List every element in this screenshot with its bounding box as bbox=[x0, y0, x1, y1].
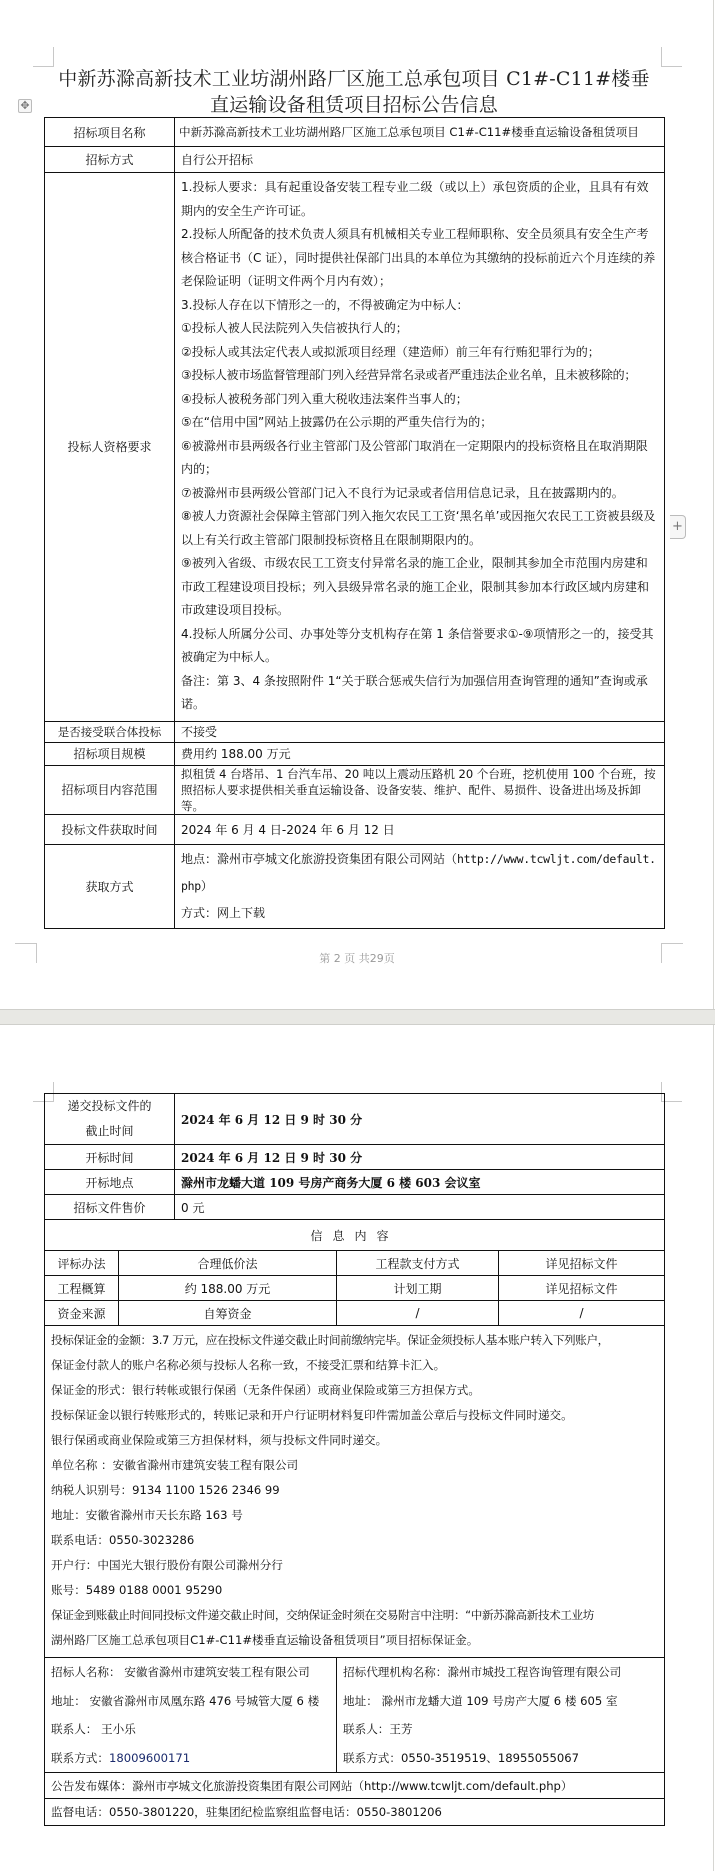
table-row: 资金来源 自筹资金 / / bbox=[45, 1301, 665, 1326]
consortium-label: 是否接受联合体投标 bbox=[45, 721, 175, 742]
duration-value: 详见招标文件 bbox=[499, 1276, 665, 1301]
table-row: 递交投标文件的 截止时间 2024 年 6 月 12 日 9 时 30 分 bbox=[45, 1094, 665, 1145]
tenderer-info: 招标人名称： 安徽省滁州市建筑安装工程有限公司 地址： 安徽省滁州市凤凰东路 4… bbox=[45, 1658, 337, 1773]
fund-source-value: 自筹资金 bbox=[119, 1301, 337, 1326]
qualification-label: 投标人资格要求 bbox=[45, 173, 175, 722]
tender-schedule-table: 递交投标文件的 截止时间 2024 年 6 月 12 日 9 时 30 分 开标… bbox=[44, 1093, 665, 1826]
page-number: 第 2 页 共29页 bbox=[0, 950, 714, 966]
deadline-label-line2: 截止时间 bbox=[47, 1119, 172, 1144]
location-suffix: ） bbox=[201, 879, 213, 893]
qualification-item: ⑨被列入省级、市级农民工工资支付异常名录的施工企业，限制其参加全市范围内房建和市… bbox=[181, 552, 658, 623]
document-page-1: 中新苏滁高新技术工业坊湖州路厂区施工总承包项目 C1#-C11#楼垂 直运输设备… bbox=[0, 0, 714, 1009]
tenderer-address: 地址： 安徽省滁州市凤凰东路 476 号城管大厦 6 楼 bbox=[51, 1687, 330, 1716]
table-row: 监督电话：0550-3801220，驻集团纪检监察组监督电话：0550-3801… bbox=[45, 1799, 665, 1826]
margin-corner-mark bbox=[33, 47, 54, 67]
deposit-line: 保证金付款人的账户名称必须与投标人名称一致，不接受汇票和结算卡汇入。 bbox=[51, 1353, 658, 1378]
bid-deposit-section: 投标保证金的金额：3.7 万元，应在投标文件递交截止时间前缴纳完毕。保证金须投标… bbox=[45, 1326, 665, 1658]
tender-method-label: 招标方式 bbox=[45, 147, 175, 173]
scale-value: 费用约 188.00 万元 bbox=[175, 742, 665, 765]
qualification-item: 1.投标人要求：具有起重设备安装工程专业二级（或以上）承包资质的企业，且具有有效… bbox=[181, 176, 658, 223]
consortium-value: 不接受 bbox=[175, 721, 665, 742]
deposit-line: 投标保证金以银行转账形式的，转账记录和开户行证明材料复印件需加盖公章后与投标文件… bbox=[51, 1403, 658, 1428]
supervision-phone: 监督电话：0550-3801220，驻集团纪检监察组监督电话：0550-3801… bbox=[45, 1799, 665, 1826]
tenderer-contact: 联系人： 王小乐 bbox=[51, 1715, 330, 1744]
info-content-header: 信息内容 bbox=[45, 1220, 665, 1251]
price-value: 0 元 bbox=[175, 1195, 665, 1220]
table-row: 招标项目规模 费用约 188.00 万元 bbox=[45, 742, 665, 765]
agent-contact: 联系人：王芳 bbox=[343, 1715, 658, 1744]
budget-label: 工程概算 bbox=[45, 1276, 119, 1301]
project-name-value: 中新苏滁高新技术工业坊湖州路厂区施工总承包项目 C1#-C11#楼垂直运输设备租… bbox=[175, 118, 665, 147]
agent-name: 招标代理机构名称：滁州市城投工程咨询管理有限公司 bbox=[343, 1658, 658, 1687]
table-row: 工程概算 约 188.00 万元 计划工期 详见招标文件 bbox=[45, 1276, 665, 1301]
eval-method-label: 评标办法 bbox=[45, 1251, 119, 1276]
table-row: 信息内容 bbox=[45, 1220, 665, 1251]
publish-media: 公告发布媒体：滁州市亭城文化旅游投资集团有限公司网站（http://www.tc… bbox=[45, 1773, 665, 1799]
table-move-handle-icon[interactable]: ✥ bbox=[18, 99, 32, 113]
table-row: 获取方式 地点：滁州市亭城文化旅游投资集团有限公司网站（http://www.t… bbox=[45, 844, 665, 928]
deposit-line: 银行保函或商业保险或第三方担保材料，须与投标文件同时递交。 bbox=[51, 1428, 658, 1453]
deposit-bank: 开户行：中国光大银行股份有限公司滁州分行 bbox=[51, 1553, 658, 1578]
eval-method-value: 合理低价法 bbox=[119, 1251, 337, 1276]
tenderer-phone-label: 联系方式： bbox=[51, 1751, 109, 1765]
page-separator bbox=[0, 1009, 715, 1025]
qualification-item: ⑦被滁州市县两级公管部门记入不良行为记录或者信用信息记录，且在披露期内的。 bbox=[181, 482, 658, 506]
table-row: 招标项目名称 中新苏滁高新技术工业坊湖州路厂区施工总承包项目 C1#-C11#楼… bbox=[45, 118, 665, 147]
location-text: 地点：滁州市亭城文化旅游投资集团有限公司网站（ bbox=[181, 852, 457, 866]
fund-source-extra-1: / bbox=[337, 1301, 499, 1326]
table-row: 评标办法 合理低价法 工程款支付方式 详见招标文件 bbox=[45, 1251, 665, 1276]
table-row: 招标人名称： 安徽省滁州市建筑安装工程有限公司 地址： 安徽省滁州市凤凰东路 4… bbox=[45, 1658, 665, 1773]
price-label: 招标文件售价 bbox=[45, 1195, 175, 1220]
tenderer-phone-number: 18009600171 bbox=[109, 1751, 190, 1765]
qualification-item: 2.投标人所配备的技术负责人须具有机械相关专业工程师职称、安全员须具有安全生产考… bbox=[181, 223, 658, 294]
deposit-address: 地址：安徽省滁州市天长东路 163 号 bbox=[51, 1503, 658, 1528]
obtain-method-text: 方式：网上下载 bbox=[181, 900, 658, 927]
deadline-value: 2024 年 6 月 12 日 9 时 30 分 bbox=[175, 1094, 665, 1145]
deposit-line: 保证金的形式：银行转帐或银行保函（无条件保函）或商业保险或第三方担保方式。 bbox=[51, 1378, 658, 1403]
qualification-item: ④投标人被税务部门列入重大税收违法案件当事人的； bbox=[181, 388, 658, 412]
scope-value: 拟租赁 4 台塔吊、1 台汽车吊、20 吨以上震动压路机 20 个台班，挖机使用… bbox=[175, 765, 665, 814]
budget-value: 约 188.00 万元 bbox=[119, 1276, 337, 1301]
table-row: 招标项目内容范围 拟租赁 4 台塔吊、1 台汽车吊、20 吨以上震动压路机 20… bbox=[45, 765, 665, 814]
tenderer-phone: 联系方式：18009600171 bbox=[51, 1744, 330, 1773]
table-row: 投标保证金的金额：3.7 万元，应在投标文件递交截止时间前缴纳完毕。保证金须投标… bbox=[45, 1326, 665, 1658]
qualification-item: 4.投标人所属分公司、办事处等分支机构存在第 1 条信誉要求①-⑨项情形之一的，… bbox=[181, 623, 658, 670]
obtain-location: 地点：滁州市亭城文化旅游投资集团有限公司网站（http://www.tcwljt… bbox=[181, 846, 658, 900]
table-row: 开标地点 滁州市龙蟠大道 109 号房产商务大厦 6 楼 603 会议室 bbox=[45, 1170, 665, 1195]
obtain-time-value: 2024 年 6 月 4 日-2024 年 6 月 12 日 bbox=[175, 814, 665, 844]
deadline-label: 递交投标文件的 截止时间 bbox=[45, 1094, 175, 1145]
tenderer-name: 招标人名称： 安徽省滁州市建筑安装工程有限公司 bbox=[51, 1658, 330, 1687]
qualification-item: ⑧被人力资源社会保障主管部门列入拖欠农民工工资‘黑名单’或因拖欠农民工工资被县级… bbox=[181, 505, 658, 552]
open-time-value: 2024 年 6 月 12 日 9 时 30 分 bbox=[175, 1145, 665, 1170]
obtain-method-label: 获取方式 bbox=[45, 844, 175, 928]
table-row: 投标文件获取时间 2024 年 6 月 4 日-2024 年 6 月 12 日 bbox=[45, 814, 665, 844]
agent-address: 地址： 滁州市龙蟠大道 109 号房产大厦 6 楼 605 室 bbox=[343, 1687, 658, 1716]
qualification-item: ①投标人被人民法院列入失信被执行人的； bbox=[181, 317, 658, 341]
deposit-line: 湖州路厂区施工总承包项目C1#-C11#楼垂直运输设备租赁项目”项目招标保证金。 bbox=[51, 1628, 658, 1653]
table-row: 开标时间 2024 年 6 月 12 日 9 时 30 分 bbox=[45, 1145, 665, 1170]
title-line-1: 中新苏滁高新技术工业坊湖州路厂区施工总承包项目 C1#-C11#楼垂 bbox=[44, 66, 664, 92]
project-name-label: 招标项目名称 bbox=[45, 118, 175, 147]
fund-source-label: 资金来源 bbox=[45, 1301, 119, 1326]
qualification-item: 3.投标人存在以下情形之一的，不得被确定为中标人： bbox=[181, 294, 658, 318]
table-row: 招标方式 自行公开招标 bbox=[45, 147, 665, 173]
deposit-line: 投标保证金的金额：3.7 万元，应在投标文件递交截止时间前缴纳完毕。保证金须投标… bbox=[51, 1328, 658, 1353]
open-place-label: 开标地点 bbox=[45, 1170, 175, 1195]
margin-corner-mark bbox=[661, 47, 682, 67]
duration-label: 计划工期 bbox=[337, 1276, 499, 1301]
table-row: 招标文件售价 0 元 bbox=[45, 1195, 665, 1220]
deposit-line: 保证金到账截止时间同投标文件递交截止时间，交纳保证金时须在交易附言中注明：“中新… bbox=[51, 1603, 658, 1628]
title-line-2: 直运输设备租赁项目招标公告信息 bbox=[44, 92, 664, 118]
agent-phone: 联系方式：0550-3519519、18955055067 bbox=[343, 1744, 658, 1773]
qualification-item: ②投标人或其法定代表人或拟派项目经理（建造师）前三年有行贿犯罪行为的； bbox=[181, 341, 658, 365]
qualification-requirements: 1.投标人要求：具有起重设备安装工程专业二级（或以上）承包资质的企业，且具有有效… bbox=[175, 173, 665, 722]
open-time-label: 开标时间 bbox=[45, 1145, 175, 1170]
document-page-2: 递交投标文件的 截止时间 2024 年 6 月 12 日 9 时 30 分 开标… bbox=[0, 1025, 714, 1871]
tender-info-table: 招标项目名称 中新苏滁高新技术工业坊湖州路厂区施工总承包项目 C1#-C11#楼… bbox=[44, 117, 665, 929]
deposit-account-name: 单位名称 ：安徽省滁州市建筑安装工程有限公司 bbox=[51, 1453, 658, 1478]
document-title: 中新苏滁高新技术工业坊湖州路厂区施工总承包项目 C1#-C11#楼垂 直运输设备… bbox=[44, 66, 664, 118]
scale-label: 招标项目规模 bbox=[45, 742, 175, 765]
qualification-item: ⑤在“信用中国”网站上披露仍在公示期的严重失信行为的； bbox=[181, 411, 658, 435]
add-column-icon[interactable]: + bbox=[670, 515, 686, 539]
deposit-account-number: 账号：5489 0188 0001 95290 bbox=[51, 1578, 658, 1603]
table-row: 投标人资格要求 1.投标人要求：具有起重设备安装工程专业二级（或以上）承包资质的… bbox=[45, 173, 665, 722]
qualification-item: 备注：第 3、4 条按照附件 1“关于联合惩戒失信行为加强信用查询管理的通知”查… bbox=[181, 670, 658, 717]
qualification-item: ⑥被滁州市县两级各行业主管部门及公管部门取消在一定期限内的投标资格且在取消期限内… bbox=[181, 435, 658, 482]
deadline-label-line1: 递交投标文件的 bbox=[47, 1094, 172, 1119]
table-row: 是否接受联合体投标 不接受 bbox=[45, 721, 665, 742]
scope-label: 招标项目内容范围 bbox=[45, 765, 175, 814]
deposit-phone: 联系电话：0550-3023286 bbox=[51, 1528, 658, 1553]
tender-method-value: 自行公开招标 bbox=[175, 147, 665, 173]
payment-method-label: 工程款支付方式 bbox=[337, 1251, 499, 1276]
qualification-item: ③投标人被市场监督管理部门列入经营异常名录或者严重违法企业名单，且未被移除的； bbox=[181, 364, 658, 388]
open-place-value: 滁州市龙蟠大道 109 号房产商务大厦 6 楼 603 会议室 bbox=[175, 1170, 665, 1195]
deposit-tax-id: 纳税人识别号：9134 1100 1526 2346 99 bbox=[51, 1478, 658, 1503]
agent-info: 招标代理机构名称：滁州市城投工程咨询管理有限公司 地址： 滁州市龙蟠大道 109… bbox=[337, 1658, 665, 1773]
obtain-time-label: 投标文件获取时间 bbox=[45, 814, 175, 844]
fund-source-extra-2: / bbox=[499, 1301, 665, 1326]
table-row: 公告发布媒体：滁州市亭城文化旅游投资集团有限公司网站（http://www.tc… bbox=[45, 1773, 665, 1799]
payment-method-value: 详见招标文件 bbox=[499, 1251, 665, 1276]
obtain-method-value: 地点：滁州市亭城文化旅游投资集团有限公司网站（http://www.tcwljt… bbox=[175, 844, 665, 928]
